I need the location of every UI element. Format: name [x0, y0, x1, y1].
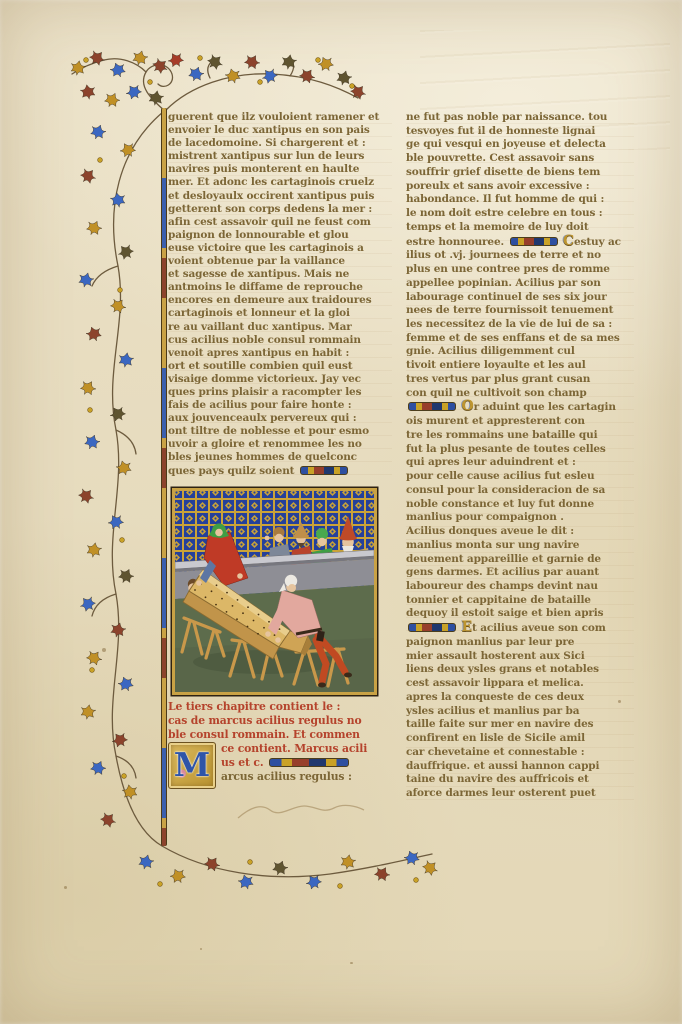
text-line: habondance. Il fut homme de qui : [406, 193, 634, 207]
gold-bezant-dot [414, 878, 419, 883]
ivy-leaf [297, 66, 317, 86]
ivy-leaf [110, 730, 130, 750]
ivy-leaf [78, 166, 99, 187]
gold-bezant-dot [120, 538, 125, 543]
text-line: tre les rommains une bataille qui [406, 429, 634, 443]
text-line: car chevetaine et connestable : [406, 746, 634, 760]
ivy-leaf [224, 67, 242, 85]
text-line: consul pour la consideracion de sa [406, 484, 634, 498]
text-line: mistrent xantipus sur lun de leurs [168, 150, 392, 163]
text-line: manlius pour compaignon . [406, 511, 634, 525]
stain-speck [102, 648, 106, 652]
ivy-leaf [237, 873, 255, 891]
gold-bezant-dot [338, 884, 343, 889]
text-line: pour celle cause acilius fut esleu [406, 470, 634, 484]
ivy-leaf [316, 54, 336, 74]
handwritten-inscription [238, 805, 364, 818]
text-line: estre honnouree. Cestuy ac [406, 235, 634, 250]
ivy-leaf [335, 69, 353, 87]
gold-initial: E [462, 619, 473, 635]
text-line: tesvoyes fut il de honneste lignai [406, 125, 634, 139]
ivy-leaf [98, 810, 119, 831]
gold-bezant-dot [122, 774, 127, 779]
ivy-leaf [348, 82, 369, 103]
ivy-leaf [260, 66, 281, 87]
ivy-leaf [166, 50, 186, 70]
manuscript-page: guerent que ilz vouloient ramener etenvo… [0, 0, 682, 1024]
line-filler-ornament [300, 466, 348, 475]
text-line: Acilius donques aveue le dit : [406, 525, 634, 539]
text-line: laboureur des champs devint nau [406, 580, 634, 594]
text-line: envoier le duc xantipus en son pais [168, 124, 392, 137]
text-line: dauffrique. et aussi hannon cappi [406, 760, 634, 774]
gold-bezant-dot [350, 84, 355, 89]
ivy-leaf [147, 89, 164, 106]
ivy-leaf [79, 83, 96, 100]
stain-speck [350, 962, 353, 964]
miniature-torture-of-regulus [170, 486, 379, 697]
gold-bezant-dot [88, 408, 93, 413]
ivy-leaf [106, 512, 126, 532]
text-line: gnie. Acilius diligemment cul [406, 345, 634, 359]
ivy-leaf [77, 271, 95, 289]
left-text-column: guerent que ilz vouloient ramener etenvo… [168, 111, 392, 483]
ivy-leaf [271, 859, 290, 878]
text-line: poreulx et sans avoir excessive : [406, 180, 634, 194]
ivy-leaf [115, 459, 133, 477]
ivy-leaf [118, 140, 138, 160]
ivy-leaf [87, 48, 108, 69]
text-line: ysles acilius et manlius par ba [406, 705, 634, 719]
ivy-leaf [117, 351, 134, 368]
text-line: femme et de ses enffans et de sa mes [406, 332, 634, 346]
text-line: guerent que ilz vouloient ramener et [168, 111, 392, 124]
ivy-leaf [187, 65, 206, 84]
gold-bezant-dot [90, 668, 95, 673]
ivy-leaf [78, 594, 99, 615]
text-line: labourage continuel de ses six jour [406, 291, 634, 305]
stain-speck [618, 700, 621, 703]
ivy-leaf [109, 61, 128, 80]
text-line: afin cest assavoir quil ne feust com [168, 216, 392, 229]
text-line: fut la plus pesante de toutes celles [406, 443, 634, 457]
text-line: manlius monta sur ung navire [406, 539, 634, 553]
ivy-leaf [124, 82, 144, 102]
text-line: apres la conqueste de ces deux [406, 691, 634, 705]
ivy-leaf [121, 783, 138, 800]
right-text-column: ne fut pas noble par naissance. toutesvo… [406, 111, 634, 801]
text-line: taine du navire des auffricois et [406, 773, 634, 787]
rubric-line: cas de marcus acilius regulus no [168, 714, 394, 728]
ivy-leaf [420, 858, 441, 879]
text-line: venoit apres xantipus en habit : [168, 347, 392, 360]
line-filler-ornament [408, 623, 456, 632]
text-line: tres vertus par plus grant cusan [406, 373, 634, 387]
text-line: les necessitez de la vie de lui de sa : [406, 318, 634, 332]
ivy-leaf [131, 49, 149, 67]
ivy-leaf [108, 296, 128, 316]
ivy-leaf [108, 404, 128, 424]
text-line: noble constance et luy fut donne [406, 498, 634, 512]
text-line: et desloyaulx occirent xantipus puis [168, 190, 392, 203]
text-line: ort et soutille combien quil eust [168, 360, 392, 373]
gold-bezant-dot [84, 58, 89, 63]
ivy-leaf [116, 566, 136, 586]
text-line: nees de terre fournissoit tenuement [406, 304, 634, 318]
text-line: paignon manlius par leur pre [406, 636, 634, 650]
chapter-rubric: Le tiers chapitre contient le : cas de m… [168, 700, 394, 789]
ivy-leaf [372, 864, 392, 884]
line-filler-ornament [408, 402, 456, 411]
text-line: qui apres leur aduindrent et : [406, 456, 634, 470]
text-line: ques pays quilz soient [168, 465, 392, 478]
ivy-leaf [85, 541, 102, 558]
ivy-leaf [102, 90, 122, 110]
text-line: encores en demeure aux traidoures [168, 294, 392, 307]
text-line: mier assault hosterent aux Sici [406, 650, 634, 664]
miniature-painting [170, 486, 379, 697]
text-line: cus acilius noble consul rommain [168, 334, 392, 347]
illuminated-initial-m: M [168, 742, 216, 789]
text-line: Et acilius aveue son com [406, 621, 634, 636]
stain-speck [200, 948, 202, 950]
ivy-leaf [339, 853, 356, 870]
ivy-leaf [84, 648, 104, 668]
text-line: visaige domme victorieux. Jay vec [168, 373, 392, 386]
text-line: taille faite sur mer en navire des [406, 718, 634, 732]
text-line: cest assavoir lippara et melica. [406, 677, 634, 691]
ivy-leaf [202, 854, 222, 874]
rubric-line: ble consul rommain. Et commen [168, 728, 394, 742]
ivy-leaf [109, 191, 126, 208]
text-line: ilius ot .vj. journees de terre et no [406, 249, 634, 263]
gold-bezant-dot [248, 860, 253, 865]
line-filler-ornament [269, 758, 349, 767]
ivy-leaf [117, 675, 136, 694]
line-filler-ornament [510, 237, 558, 246]
text-line: fais de acilius pour faire honte : [168, 399, 392, 412]
ivy-leaf [403, 849, 422, 868]
gold-bezant-dot [198, 56, 203, 61]
rubric-line: ce contient. Marcus acili [221, 742, 367, 756]
text-line: temps et la memoire de luy doit [406, 221, 634, 235]
text-line: aforce darmes leur osterent puet [406, 787, 634, 801]
text-line: souffrir grief disette de biens tem [406, 166, 634, 180]
text-line: ques prins plaisir a racompter les [168, 386, 392, 399]
incipit-line: arcus acilius regulus : [221, 770, 367, 784]
text-line: tivoit entiere loyaulte et les aul [406, 359, 634, 373]
gold-initial: O [462, 398, 474, 414]
text-line: mer. Et adonc les cartaginois cruelz [168, 176, 392, 189]
gold-bezant-dot [98, 158, 103, 163]
ivy-leaf [84, 218, 104, 238]
text-line: de lacedomoine. Si chargerent et : [168, 137, 392, 150]
gold-bezant-dot [258, 80, 263, 85]
ivy-leaf [116, 242, 137, 263]
ivy-leaf [78, 378, 98, 398]
gold-initial: C [563, 233, 574, 249]
ivy-leaf [280, 53, 297, 70]
text-line: re au vaillant duc xantipus. Mar [168, 321, 392, 334]
gold-bezant-dot [118, 288, 123, 293]
ivy-leaf [109, 621, 127, 639]
text-line: appellee popinian. Acilius par son [406, 277, 634, 291]
text-line: antmoins le diffame de reprouche [168, 281, 392, 294]
ivy-leaf [150, 56, 171, 77]
text-line: ois murent et appresterent con [406, 415, 634, 429]
text-line: plus en une contree pres de romme [406, 263, 634, 277]
text-line: et sagesse de xantipus. Mais ne [168, 268, 392, 281]
text-line: ge qui vesqui en joyeuse et delecta [406, 138, 634, 152]
text-line: aux jouvenceaulx pervereux qui : [168, 412, 392, 425]
text-line: navires puis monterent en haulte [168, 163, 392, 176]
border-bar [161, 108, 167, 846]
text-line: le nom doit estre celebre en tous : [406, 207, 634, 221]
text-line: ne fut pas noble par naissance. tou [406, 111, 634, 125]
text-line: ont tiltre de noblesse et pour esmo [168, 425, 392, 438]
text-line: con quil ne cultivoit son champ [406, 387, 634, 401]
text-line: euse victoire que les cartaginois a [168, 242, 392, 255]
gold-bezant-dot [148, 80, 153, 85]
ivy-leaf [88, 758, 108, 778]
rubric-line: Le tiers chapitre contient le : [168, 700, 394, 714]
text-line: voient obtenue par la vaillance [168, 255, 392, 268]
stain-speck [64, 886, 67, 889]
text-line: uvoir a gloire et renommee les no [168, 438, 392, 451]
ivy-leaf [79, 703, 96, 720]
text-line: confirent en lisle de Sicile amil [406, 732, 634, 746]
gold-bezant-dot [158, 882, 163, 887]
text-line: cartaginois et lonneur et la gloi [168, 307, 392, 320]
ivy-leaf [69, 59, 86, 76]
text-line: liens deux ysles grans et notables [406, 663, 634, 677]
text-line: deuement appareillie et garnie de [406, 553, 634, 567]
ivy-leaf [168, 866, 188, 886]
ivy-leaf [205, 52, 226, 73]
text-line: getterent son corps dedens la mer : [168, 203, 392, 216]
text-line: paignon de lonnourable et glou [168, 229, 392, 242]
text-line: tonnier et cappitaine de bataille [406, 594, 634, 608]
text-line: bles jeunes hommes de quelconc [168, 451, 392, 464]
text-line: gens darmes. Et acilius par auant [406, 566, 634, 580]
ivy-leaf [137, 853, 155, 871]
rubric-line: us et c. [221, 756, 367, 770]
ivy-leaf [76, 486, 97, 507]
ivy-leaf [83, 433, 102, 452]
text-line: ble pouvrette. Cest assavoir sans [406, 152, 634, 166]
text-line: dequoy il estoit saige et bien apris [406, 607, 634, 621]
ivy-leaf [89, 123, 108, 142]
text-line: Or aduint que les cartagin [406, 400, 634, 415]
ivy-leaf [304, 872, 324, 892]
ivy-leaf [242, 52, 262, 72]
gold-bezant-dot [316, 58, 321, 63]
ivy-leaf [85, 325, 104, 344]
